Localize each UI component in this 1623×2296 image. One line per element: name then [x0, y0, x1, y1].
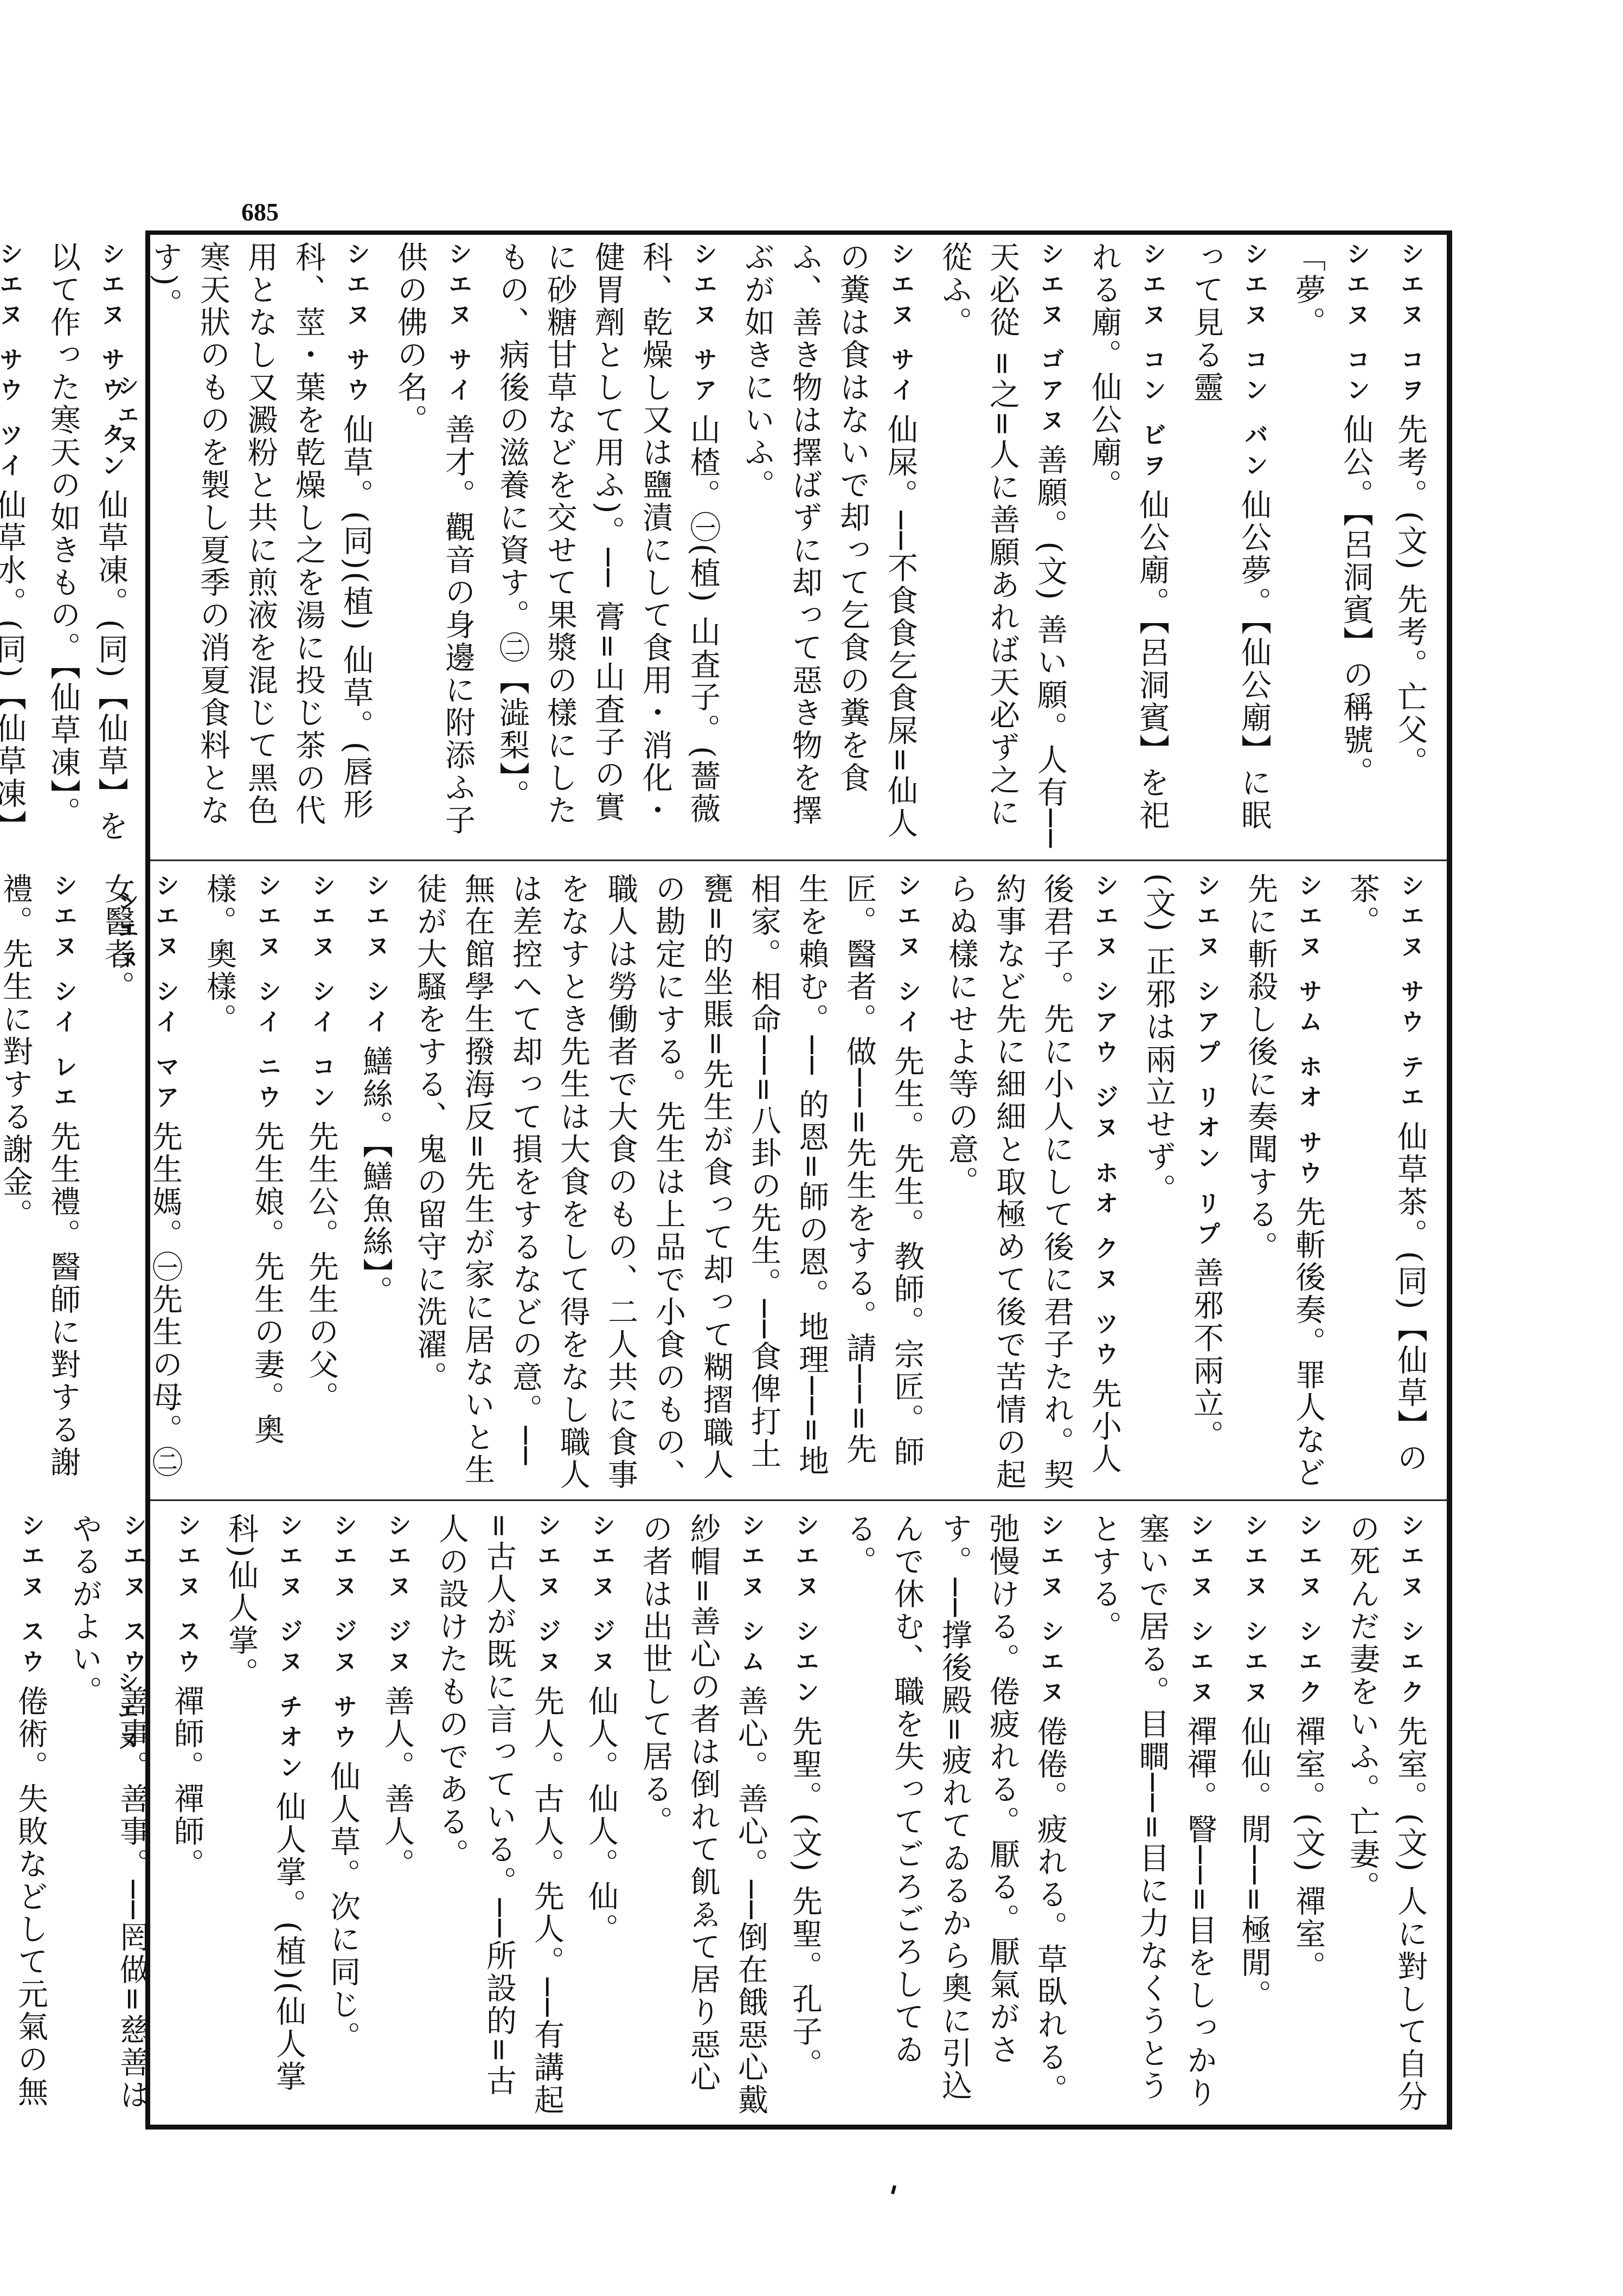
entry-headword: シエヌ シイ レエ	[49, 873, 77, 1115]
entry-definition: 仙人草。次に同じ。	[325, 1761, 361, 2054]
entry-definition: 先生公。先生の父。	[304, 1121, 339, 1414]
dictionary-entry: シエヌ スウ倦術。失敗などして元氣の無い樣。懲懲	[0, 1513, 57, 2118]
entry-headword: シエヌ シエヌ	[1186, 1513, 1214, 1710]
dictionary-entry: シエヌ シム善心。善心。──倒在餓惡心戴紗帽=善心の者は倒れて飢ゑて居り惡心の者…	[628, 1513, 778, 2118]
print-mark	[891, 2185, 896, 2194]
entry-headword: シエヌ サア	[689, 241, 717, 408]
entry-definition: 禪師。禪師。	[169, 1685, 204, 1880]
dictionary-entry: シエヌ シエク禪室。(文) 禪室。	[1281, 1513, 1335, 2118]
entry-headword: シエヌ シエヌ	[1240, 1513, 1268, 1710]
section-middle: シエヌ サウ テエ仙草茶。(同)【仙草】の茶。 シエヌ サム ホオ サウ先斬後奏…	[163, 873, 1437, 1491]
section-divider-1	[150, 860, 1447, 861]
entry-headword: シエヌ ジヌ	[533, 1513, 561, 1679]
dictionary-entry: シエヌ シエヌ倦倦。疲れる。草臥れる。弛慢ける。倦疲れる。厭る。厭氣がさす。──…	[832, 1513, 1077, 2118]
entry-definition: 仙草。(同)(植) 仙草。(唇形科、莖・葉を乾燥し之を湯に投じ茶の代用となし又澱…	[147, 241, 374, 827]
dictionary-entry: シエヌ シエヌ仙仙。閒──=極閒。	[1227, 1513, 1281, 2118]
entry-headword: シエヌ シアプ リオン リプ	[1192, 873, 1220, 1252]
dictionary-entry: シエヌ ジヌ善人。善人。	[370, 1513, 424, 2118]
dictionary-entry: シエヌ コン バン仙公夢。【仙公廟】に眠って見る靈	[1179, 241, 1281, 851]
entry-headword: シエヌ サウ テエ	[1396, 873, 1424, 1115]
dictionary-entry: シエヌ シイ先生。先生。教師。宗匠。師匠。醫者。做──=先生をする。請──=先生…	[402, 873, 934, 1491]
dictionary-entry: シエヌ サウ テエ仙草茶。(同)【仙草】の茶。	[1335, 873, 1437, 1491]
dictionary-entry: シエヌ サウ仙草。(同)(植) 仙草。(唇形科、莖・葉を乾燥し之を湯に投じ茶の代…	[138, 241, 383, 851]
entry-headword: シエヌ スウ	[173, 1513, 201, 1679]
dictionary-entry: シエヌ シイ マア先生媽。㊀先生の母。㊁女醫者。	[90, 873, 192, 1491]
entry-headword: シエヌ コン バン	[1240, 241, 1268, 484]
dictionary-entry: シエヌ サイ善才。觀音の身邊に附添ふ子供の佛の名。	[383, 241, 485, 851]
entry-headword: シエヌ コヲ	[1396, 241, 1424, 408]
entry-headword: シエヌ シイ マア	[151, 873, 179, 1115]
entry-definition: 仙仙。閒──=極閒。	[1236, 1715, 1272, 2011]
dictionary-entry: シエヌ シアプ リオン リプ善邪不兩立。(文) 正邪は兩立せず。	[1131, 873, 1233, 1491]
entry-headword: シエヌ サウ タン	[97, 241, 125, 484]
dictionary-entry: シエヌ シエン先聖。(文) 先聖。孔子。	[778, 1513, 832, 2118]
entry-headword: シエヌ シエク	[1396, 1513, 1424, 1710]
dictionary-entry: シエヌ コヲ先考。(文) 先考。亡父。	[1383, 241, 1437, 851]
entry-definition: 先生。先生。教師。宗匠。師匠。醫者。做──=先生をする。請──=先生を賴む。──…	[412, 873, 925, 1491]
page-number: 685	[241, 198, 279, 227]
dictionary-entry: シエヌ サイ仙屎。──不食食乞食屎=仙人の糞は食はないで却って乞食の糞を食ふ、善…	[730, 241, 927, 851]
dictionary-entry: シエヌ サウ ツイ仙草水。(同)【仙草凍】に砂糖と水をかけたもの。	[0, 241, 36, 851]
dictionary-entry: シエヌ シエク先室。(文) 人に對して自分の死んだ妻をいふ。亡妻。	[1335, 1513, 1437, 2118]
entry-definition: 善人。善人。	[380, 1685, 415, 1880]
dictionary-entry: シエヌ サア山楂。㊀(植) 山査子。(薔薇科、乾燥し又は鹽漬にして食用・消化・健…	[485, 241, 730, 851]
entry-headword: シエヌ スウ	[119, 1513, 146, 1679]
dictionary-entry: シエヌ ジヌ先人。古人。先人。──有講起=古人が既に言っている。──所設的=古人…	[424, 1513, 574, 2118]
entry-headword: シエヌ コン ビヲ	[1138, 241, 1166, 484]
dictionary-entry: シエヌ シイ ニウ先生娘。先生の妻。奧樣。奧樣。	[192, 873, 294, 1491]
dictionary-entry: シエヌ シアウ ジヌ ホオ クヌ ツウ先小人後君子。先に小人にして後に君子たれ。…	[934, 873, 1131, 1491]
dictionary-entry: シエヌ サム ホオ サウ先斬後奏。罪人など先に斬殺し後に奏聞する。	[1233, 873, 1335, 1491]
entry-definition: 禪室。(文) 禪室。	[1291, 1715, 1326, 1983]
entry-headword: シエヌ サウ ツイ	[0, 241, 23, 484]
dictionary-entry: シエヌ シイ レエ先生禮。醫師に對する謝禮。先生に對する謝金。	[0, 873, 90, 1491]
dictionary-entry: シエヌ サウ タン仙草凍。(同)【仙草】を以て作った寒天の如きもの。【仙草凍】。	[36, 241, 138, 851]
section-bottom: シエヌ シエク先室。(文) 人に對して自分の死んだ妻をいふ。亡妻。 シエヌ シエ…	[163, 1513, 1437, 2118]
entry-headword: シエヌ サイ	[887, 241, 914, 408]
entry-definition: 先考。(文) 先考。亡父。	[1393, 413, 1428, 779]
entry-headword: シエヌ ジヌ サウ	[329, 1513, 357, 1755]
section-top: シエヌ コヲ先考。(文) 先考。亡父。 シエヌ コン仙公。【呂洞賓】の稱號。「夢…	[163, 241, 1437, 851]
entry-headword: シエヌ ゴアヌ	[1036, 241, 1064, 438]
entry-headword: シエヌ シアウ ジヌ ホオ クヌ ツウ	[1090, 873, 1118, 1373]
dictionary-entry: シエヌ シエヌ禪禪。瞖──=目をしっかり塞いで居る。目瞷──=目に力なくうとうと…	[1077, 1513, 1227, 2118]
dictionary-entry: シエヌ コン仙公。【呂洞賓】の稱號。「夢。	[1281, 241, 1383, 851]
dictionary-entry: シエヌ ゴアヌ善願。(文) 善い願。人有──天必從 =之=人に善願あれば天必ず之…	[927, 241, 1077, 851]
dictionary-entry: シエヌ ジヌ チオン仙人掌。(植)(仙人掌科)仙人掌。	[214, 1513, 316, 2118]
section-divider-2	[150, 1499, 1447, 1501]
entry-headword: シエヌ シエヌ	[1036, 1513, 1064, 1710]
entry-definition: 先聖。(文) 先聖。孔子。	[787, 1715, 823, 2081]
dictionary-entry: シエヌ シイ コン先生公。先生の父。	[294, 873, 348, 1491]
entry-headword: シエヌ スウ	[17, 1513, 44, 1679]
entry-headword: シエヌ ジヌ	[587, 1513, 615, 1679]
entry-definition: 鱔絲。【鱔魚絲】。	[358, 1045, 393, 1307]
dictionary-entry: シエヌ コン ビヲ仙公廟。【呂洞賓】を祀れる廟。仙公廟。	[1077, 241, 1179, 851]
entry-headword: シエヌ シイ コン	[307, 873, 335, 1115]
dictionary-entry: シエヌ スウ禪師。禪師。	[159, 1513, 214, 2118]
dictionary-entry: シエヌ ジヌ サウ仙人草。次に同じ。	[316, 1513, 370, 2118]
entry-headword: シエヌ サイ	[444, 241, 472, 408]
entry-headword: シエヌ ジヌ チオン	[275, 1513, 303, 1786]
entry-headword: シエヌ シイ ニウ	[253, 873, 281, 1115]
entry-definition: 倦倦。疲れる。草臥れる。弛慢ける。倦疲れる。厭る。厭氣がさす。──撑後殿=疲れて…	[842, 1513, 1068, 2106]
entry-headword: シエヌ シエン	[791, 1513, 819, 1710]
entry-definition: 仙人。仙人。仙。	[583, 1685, 619, 1945]
entry-headword: シエヌ ジヌ	[383, 1513, 411, 1679]
entry-headword: シエヌ シイ	[362, 873, 389, 1040]
entry-headword: シエヌ シエク	[1294, 1513, 1322, 1710]
entry-headword: シエヌ シム	[737, 1513, 765, 1679]
entry-definition: 山楂。㊀(植) 山査子。(薔薇科、乾燥し又は鹽漬にして食用・消化・健胃劑として用…	[495, 241, 721, 827]
dictionary-entry: シエヌ ジヌ仙人。仙人。仙。	[574, 1513, 628, 2118]
entry-headword: シエヌ サウ	[342, 241, 370, 408]
entry-headword: シエヌ コン	[1342, 241, 1370, 408]
entry-headword: シエヌ サム ホオ サウ	[1294, 873, 1322, 1191]
dictionary-entry: シエヌ スウ善事。善事。──罔做=慈善はやるがよい。	[57, 1513, 159, 2118]
entry-headword: シエヌ シイ	[893, 873, 921, 1040]
dictionary-entry: シエヌ シイ鱔絲。【鱔魚絲】。	[348, 873, 402, 1491]
